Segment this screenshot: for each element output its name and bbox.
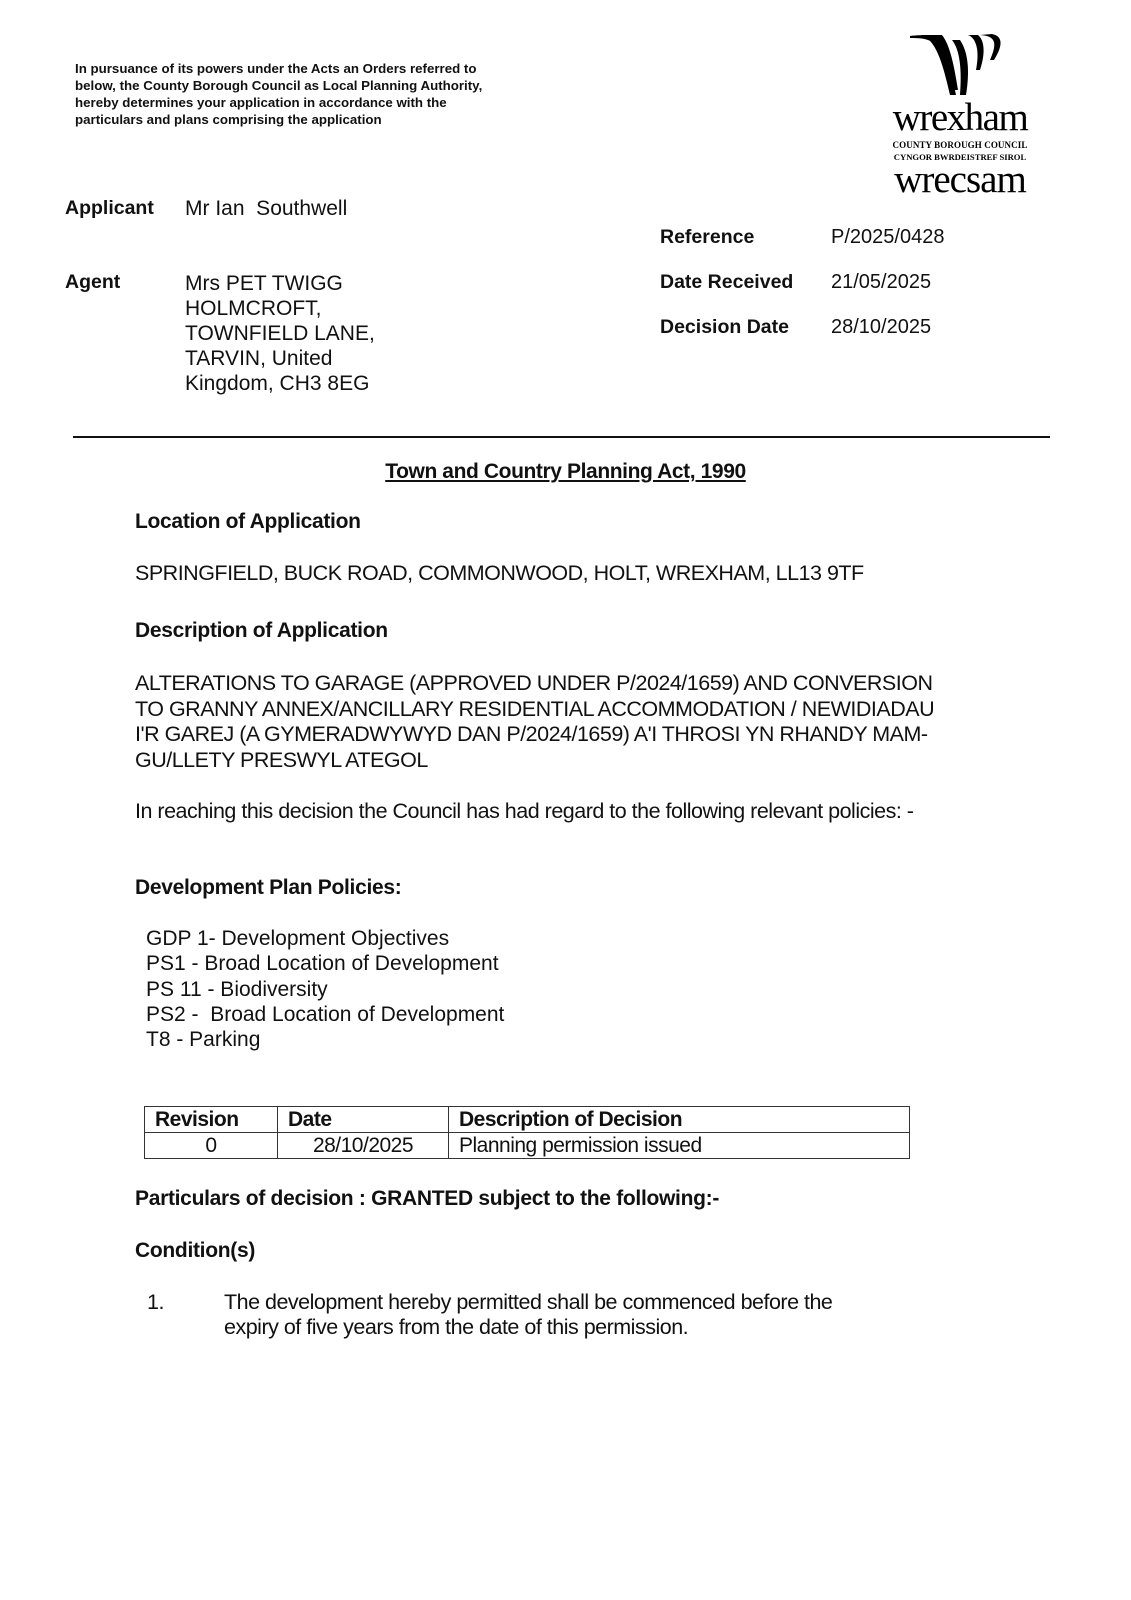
decision-date-value: 28/10/2025 xyxy=(831,315,931,340)
conditions-heading: Condition(s) xyxy=(135,1239,255,1263)
location-heading: Location of Application xyxy=(135,510,361,534)
cell-revision: 0 xyxy=(145,1133,278,1159)
agent-line: TOWNFIELD LANE, xyxy=(185,321,445,346)
logo-wrecsam-text: wrecsam xyxy=(880,160,1040,200)
council-logo: wrexham COUNTY BOROUGH COUNCIL CYNGOR BW… xyxy=(880,30,1040,195)
header-revision: Revision xyxy=(145,1107,278,1133)
cell-description: Planning permission issued xyxy=(449,1133,910,1159)
date-received-value: 21/05/2025 xyxy=(831,270,931,295)
agent-address: Mrs PET TWIGG HOLMCROFT, TOWNFIELD LANE,… xyxy=(185,271,445,396)
act-title: Town and Country Planning Act, 1990 xyxy=(0,460,1131,484)
description-value: ALTERATIONS TO GARAGE (APPROVED UNDER P/… xyxy=(135,671,935,773)
cell-date: 28/10/2025 xyxy=(278,1133,449,1159)
table-header-row: Revision Date Description of Decision xyxy=(145,1107,910,1133)
applicant-value: Mr Ian Southwell xyxy=(185,196,347,221)
policy-item: PS1 - Broad Location of Development xyxy=(146,951,504,976)
reference-value: P/2025/0428 xyxy=(831,225,944,250)
horizontal-divider xyxy=(73,436,1050,438)
location-value: SPRINGFIELD, BUCK ROAD, COMMONWOOD, HOLT… xyxy=(135,561,864,587)
policy-list: GDP 1- Development Objectives PS1 - Broa… xyxy=(146,926,504,1052)
policy-item: T8 - Parking xyxy=(146,1027,504,1052)
policy-item: PS 11 - Biodiversity xyxy=(146,977,504,1002)
agent-line: HOLMCROFT, xyxy=(185,296,445,321)
reference-label: Reference xyxy=(660,226,754,249)
preamble-text: In pursuance of its powers under the Act… xyxy=(75,60,505,128)
decision-table: Revision Date Description of Decision 0 … xyxy=(144,1106,910,1159)
condition-text: The development hereby permitted shall b… xyxy=(224,1290,874,1340)
policies-intro-text: In reaching this decision the Council ha… xyxy=(135,799,935,825)
logo-wrexham-text: wrexham xyxy=(880,98,1040,138)
table-row: 0 28/10/2025 Planning permission issued xyxy=(145,1133,910,1159)
logo-subtitle-en: COUNTY BOROUGH COUNCIL xyxy=(880,140,1040,150)
agent-label: Agent xyxy=(65,271,120,294)
header-date: Date xyxy=(278,1107,449,1133)
description-heading: Description of Application xyxy=(135,619,388,643)
applicant-label: Applicant xyxy=(65,197,154,220)
development-plan-heading: Development Plan Policies: xyxy=(135,876,401,900)
agent-line: Kingdom, CH3 8EG xyxy=(185,371,445,396)
condition-number: 1. xyxy=(147,1290,164,1315)
stylised-w-logo-icon xyxy=(880,30,1040,100)
particulars-of-decision: Particulars of decision : GRANTED subjec… xyxy=(135,1187,719,1211)
header-description: Description of Decision xyxy=(449,1107,910,1133)
policy-item: GDP 1- Development Objectives xyxy=(146,926,504,951)
policy-item: PS2 - Broad Location of Development xyxy=(146,1002,504,1027)
agent-line: Mrs PET TWIGG xyxy=(185,271,445,296)
agent-line: TARVIN, United xyxy=(185,346,445,371)
date-received-label: Date Received xyxy=(660,271,793,294)
decision-date-label: Decision Date xyxy=(660,316,789,339)
